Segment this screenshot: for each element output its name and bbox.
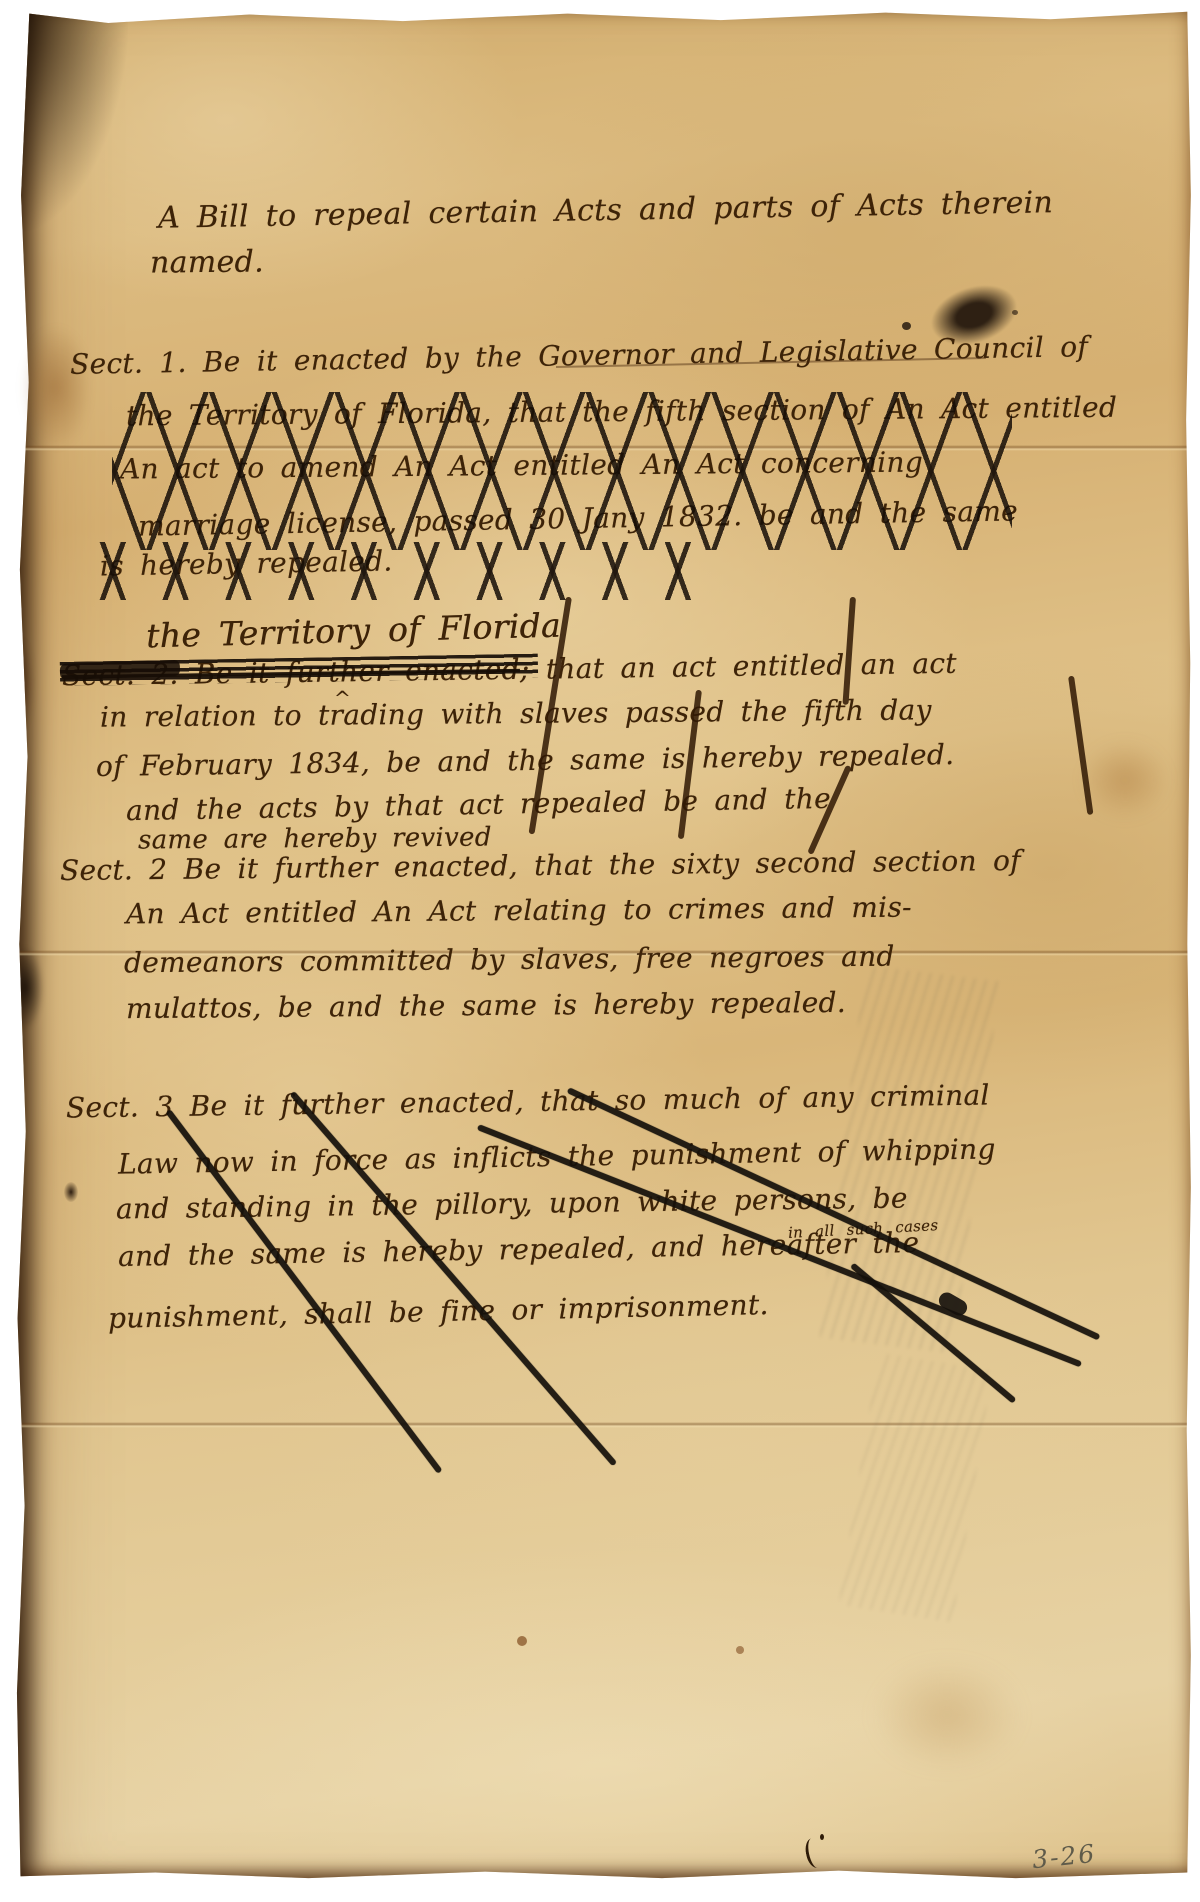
inserted-text: the Territory of Florida bbox=[146, 609, 562, 653]
document-scan: A Bill to repeal certain Acts and parts … bbox=[0, 0, 1200, 1902]
burnt-corner bbox=[8, 2, 128, 232]
body-line: in relation to trading with slaves passe… bbox=[100, 696, 932, 731]
cross-hatch-strikeout bbox=[92, 542, 700, 600]
archival-number: 3-26 bbox=[1031, 1841, 1097, 1873]
foxing-spot bbox=[517, 1636, 527, 1646]
body-line: demeanors committed by slaves, free negr… bbox=[124, 943, 895, 978]
edge-stain bbox=[8, 638, 34, 730]
cross-hatch-strikeout bbox=[112, 392, 1012, 550]
body-line: mulattos, be and the same is hereby repe… bbox=[126, 989, 846, 1023]
pen-dot bbox=[820, 1834, 824, 1840]
stain bbox=[20, 325, 92, 450]
stain bbox=[872, 1660, 1022, 1770]
line-text: ; that an act entitled an act bbox=[520, 647, 957, 686]
body-line: An Act entitled An Act relating to crime… bbox=[126, 894, 912, 929]
bill-title-line: named. bbox=[150, 248, 264, 279]
ink-blot bbox=[64, 1182, 78, 1202]
foxing-spot bbox=[736, 1646, 744, 1654]
edge-ink-blotch bbox=[6, 946, 44, 1030]
fold-crease bbox=[14, 1422, 1192, 1428]
ink-speck bbox=[1012, 310, 1018, 315]
ink-speck bbox=[902, 322, 911, 330]
stain bbox=[1080, 740, 1170, 820]
